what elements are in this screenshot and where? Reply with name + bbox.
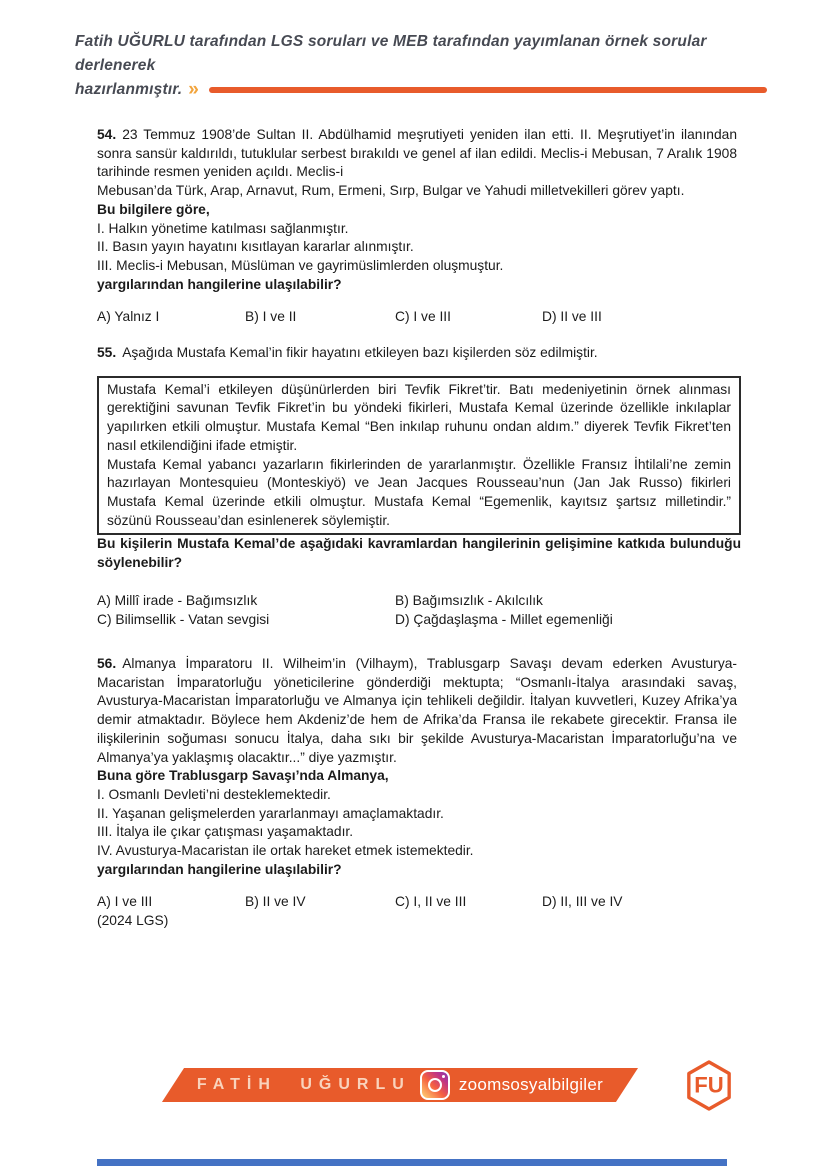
option-b: B) II ve IV: [245, 893, 395, 912]
option-d: D) Çağdaşlaşma - Millet egemenliği: [395, 610, 741, 630]
instagram-handle: zoomsosyalbilgiler: [459, 1075, 603, 1095]
bottom-page-border: [97, 1159, 727, 1166]
option-a: A) Yalnız I: [97, 308, 245, 327]
footer-banner: FATİH UĞURLU zoomsosyalbilgiler: [161, 1068, 639, 1102]
double-chevron-icon: »: [188, 78, 199, 102]
options-row: A) Yalnız I B) I ve II C) I ve III D) II…: [97, 308, 737, 327]
instagram-icon: [420, 1070, 450, 1100]
option-b: B) I ve II: [245, 308, 395, 327]
option-c: C) Bilimsellik - Vatan sevgisi: [97, 610, 395, 630]
option-c: C) I, II ve III: [395, 893, 542, 912]
banner-author-name: FATİH UĞURLU: [197, 1076, 411, 1094]
statement-item: II. Yaşanan gelişmelerden yararlanmayı a…: [97, 805, 737, 824]
statement-item: IV. Avusturya-Macaristan ile ortak harek…: [97, 842, 737, 861]
source-label: (2024 LGS): [97, 912, 737, 931]
statement-item: I. Osmanlı Devleti’ni desteklemektedir.: [97, 786, 737, 805]
svg-text:FU: FU: [694, 1073, 723, 1098]
question-body-continued: Mebusan’da Türk, Arap, Arnavut, Rum, Erm…: [97, 182, 737, 201]
question-body: Almanya İmparatoru II. Wilheim’in (Vilha…: [97, 656, 737, 765]
statement-item: I. Halkın yönetime katılması sağlanmıştı…: [97, 220, 737, 239]
option-a: A) Millî irade - Bağımsızlık: [97, 591, 395, 611]
fu-logo: FU: [685, 1060, 733, 1111]
statement-item: II. Basın yayın hayatını kısıtlayan kara…: [97, 238, 737, 257]
credit-line-2: hazırlanmıştır.: [75, 78, 182, 102]
options-row: A) I ve III B) II ve IV C) I, II ve III …: [97, 893, 737, 912]
question-stem: yargılarından hangilerine ulaşılabilir?: [97, 276, 737, 295]
question-54: 54.23 Temmuz 1908’de Sultan II. Abdülham…: [97, 126, 737, 327]
option-b: B) Bağımsızlık - Akılcılık: [395, 591, 741, 611]
question-number: 55.: [97, 345, 116, 360]
options-grid: A) Millî irade - Bağımsızlık B) Bağımsız…: [97, 591, 741, 630]
question-stem: yargılarından hangilerine ulaşılabilir?: [97, 861, 737, 880]
statement-item: III. Meclis-i Mebusan, Müslüman ve gayri…: [97, 257, 737, 276]
logo-hexagon-icon: FU: [685, 1060, 733, 1111]
question-body: 23 Temmuz 1908’de Sultan II. Abdülhamid …: [97, 127, 737, 179]
statement-item: III. İtalya ile çıkar çatışması yaşamakt…: [97, 823, 737, 842]
info-box-paragraph: Mustafa Kemal’i etkileyen düşünürlerden …: [107, 381, 731, 456]
question-56: 56.Almanya İmparatoru II. Wilheim’in (Vi…: [97, 655, 737, 931]
credit-line-1: Fatih UĞURLU tarafından LGS soruları ve …: [75, 30, 767, 78]
exam-page: Fatih UĞURLU tarafından LGS soruları ve …: [0, 0, 828, 1171]
option-d: D) II ve III: [542, 308, 737, 327]
question-number: 56.: [97, 656, 116, 671]
question-lead: Bu bilgilere göre,: [97, 201, 737, 220]
question-number: 54.: [97, 127, 116, 142]
option-a: A) I ve III: [97, 893, 245, 912]
info-box-paragraph: Mustafa Kemal yabancı yazarların fikirle…: [107, 456, 731, 531]
header-credit: Fatih UĞURLU tarafından LGS soruları ve …: [75, 30, 767, 102]
option-d: D) II, III ve IV: [542, 893, 737, 912]
option-c: C) I ve III: [395, 308, 542, 327]
question-55: 55.Aşağıda Mustafa Kemal’in fikir hayatı…: [97, 344, 741, 630]
question-stem: Bu kişilerin Mustafa Kemal’de aşağıdaki …: [97, 535, 741, 572]
question-lead: Buna göre Trablusgarp Savaşı’nda Almanya…: [97, 767, 737, 786]
question-intro: Aşağıda Mustafa Kemal’in fikir hayatını …: [122, 345, 597, 360]
header-divider-rule: [209, 87, 767, 93]
info-box: Mustafa Kemal’i etkileyen düşünürlerden …: [97, 376, 741, 536]
